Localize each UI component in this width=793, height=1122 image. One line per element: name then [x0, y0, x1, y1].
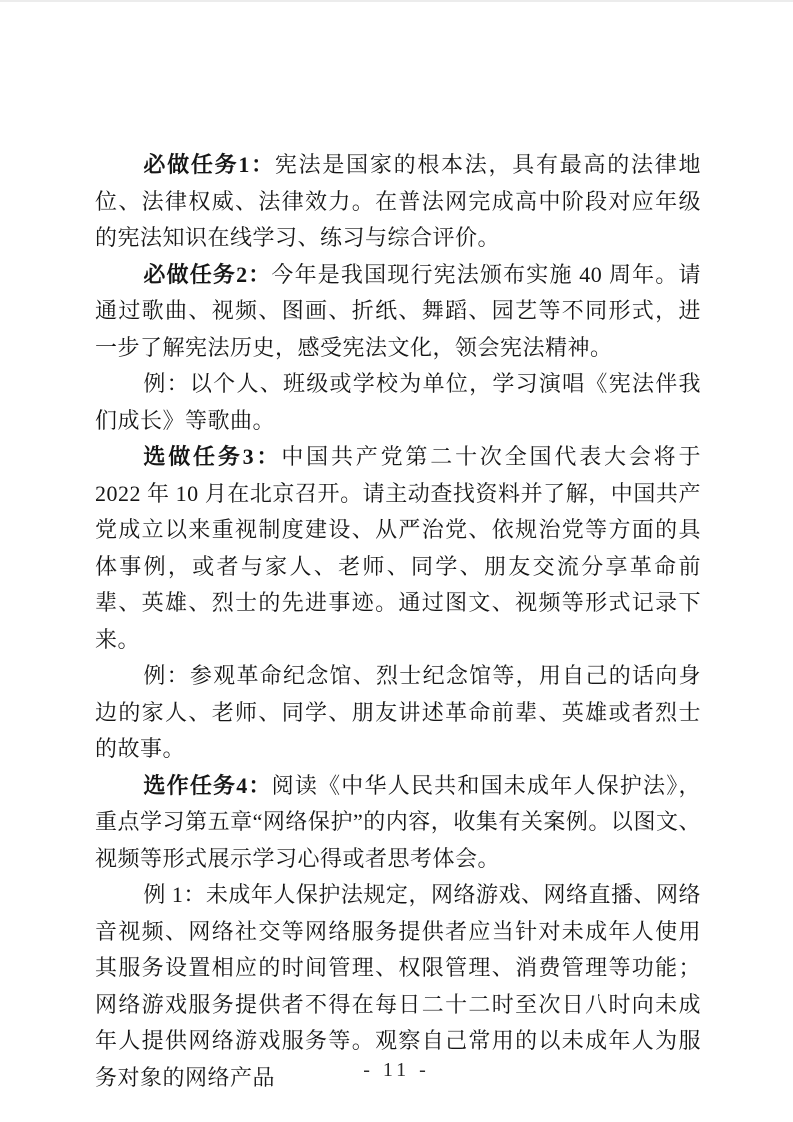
paragraph: 例：参观革命纪念馆、烈士纪念馆等，用自己的话向身边的家人、老师、同学、朋友讲述革… [95, 658, 701, 768]
document-page: 必做任务1：宪法是国家的根本法，具有最高的法律地位、法律权威、法律效力。在普法网… [0, 0, 793, 1122]
document-body: 必做任务1：宪法是国家的根本法，具有最高的法律地位、法律权威、法律效力。在普法网… [95, 147, 701, 1096]
paragraph: 例：以个人、班级或学校为单位，学习演唱《宪法伴我们成长》等歌曲。 [95, 366, 701, 439]
task-label: 必做任务2： [143, 262, 271, 287]
task-label: 选做任务3： [143, 444, 281, 469]
page-number: - 11 - [363, 1059, 430, 1081]
task-label: 必做任务1： [143, 152, 274, 177]
paragraph-text: 中国共产党第二十次全国代表大会将于 2022 年 10 月在北京召开。请主动查找… [95, 444, 701, 652]
task-label: 选作任务4： [143, 773, 271, 798]
paragraph: 必做任务2：今年是我国现行宪法颁布实施 40 周年。请通过歌曲、视频、图画、折纸… [95, 257, 701, 367]
page-footer: - 11 - [0, 1059, 793, 1082]
paragraph-text: 例：以个人、班级或学校为单位，学习演唱《宪法伴我们成长》等歌曲。 [95, 371, 701, 433]
paragraph: 选做任务3：中国共产党第二十次全国代表大会将于 2022 年 10 月在北京召开… [95, 439, 701, 658]
paragraph-text: 例：参观革命纪念馆、烈士纪念馆等，用自己的话向身边的家人、老师、同学、朋友讲述革… [95, 663, 701, 761]
paragraph: 必做任务1：宪法是国家的根本法，具有最高的法律地位、法律权威、法律效力。在普法网… [95, 147, 701, 257]
paragraph: 选作任务4：阅读《中华人民共和国未成年人保护法》，重点学习第五章“网络保护”的内… [95, 768, 701, 878]
